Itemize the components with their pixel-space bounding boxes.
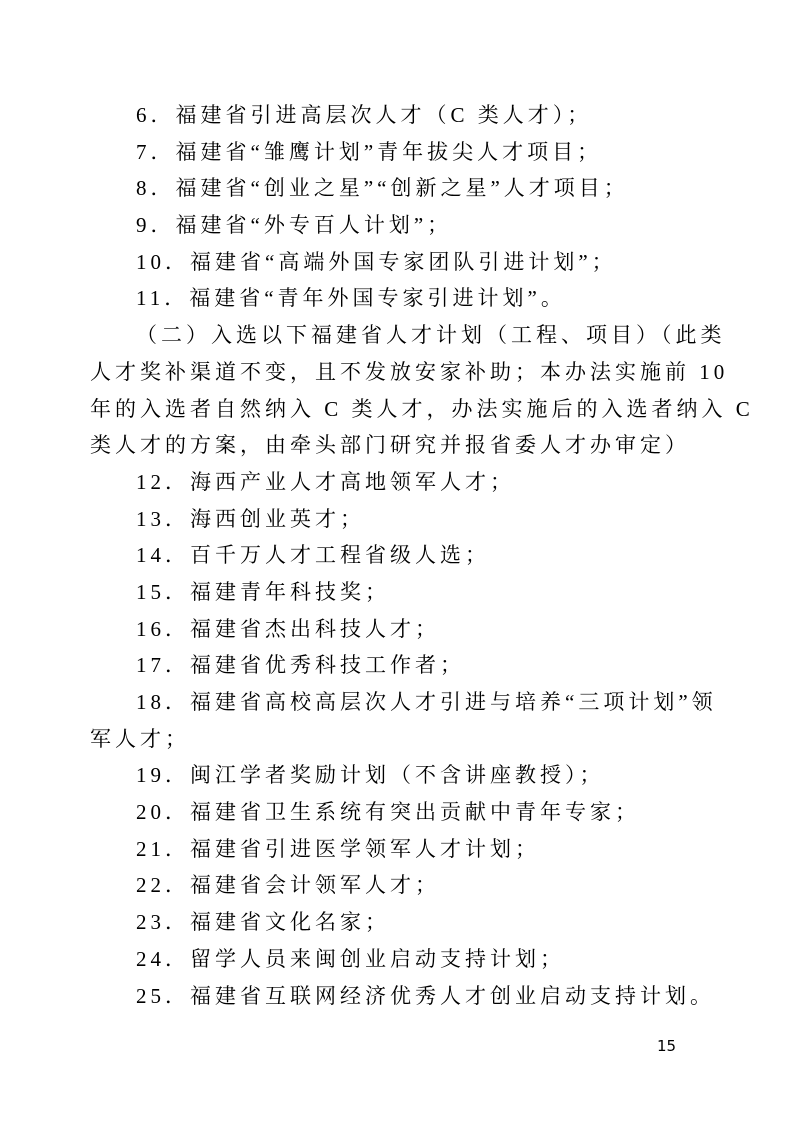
- list-item-18-line-2: 军人才；: [90, 721, 690, 758]
- list-item-7: 7．福建省“雏鹰计划”青年拔尖人才项目；: [90, 134, 690, 171]
- document-page: 6．福建省引进高层次人才（C 类人才）； 7．福建省“雏鹰计划”青年拔尖人才项目…: [0, 0, 793, 1122]
- list-item-13: 13．海西创业英才；: [90, 501, 690, 538]
- list-item-19: 19．闽江学者奖励计划（不含讲座教授）；: [90, 757, 690, 794]
- list-item-12: 12．海西产业人才高地领军人才；: [90, 464, 690, 501]
- list-item-6: 6．福建省引进高层次人才（C 类人才）；: [90, 97, 690, 134]
- list-item-24: 24．留学人员来闽创业启动支持计划；: [90, 941, 690, 978]
- list-item-14: 14．百千万人才工程省级人选；: [90, 537, 690, 574]
- list-item-23: 23．福建省文化名家；: [90, 904, 690, 941]
- list-item-11: 11．福建省“青年外国专家引进计划”。: [90, 280, 690, 317]
- list-item-25: 25．福建省互联网经济优秀人才创业启动支持计划。: [90, 978, 690, 1015]
- list-item-10: 10．福建省“高端外国专家团队引进计划”；: [90, 244, 690, 281]
- list-item-17: 17．福建省优秀科技工作者；: [90, 647, 690, 684]
- section-2-heading-line-3: 年的入选者自然纳入 C 类人才，办法实施后的入选者纳入 C: [90, 391, 690, 428]
- section-2-heading-line-2: 人才奖补渠道不变，且不发放安家补助；本办法实施前 10: [90, 354, 690, 391]
- list-item-8: 8．福建省“创业之星”“创新之星”人才项目；: [90, 170, 690, 207]
- page-number: 15: [657, 1037, 676, 1055]
- list-item-16: 16．福建省杰出科技人才；: [90, 611, 690, 648]
- list-item-9: 9．福建省“外专百人计划”；: [90, 207, 690, 244]
- section-2-heading-line-1: （二）入选以下福建省人才计划（工程、项目）（此类: [90, 317, 690, 354]
- section-2-heading-line-4: 类人才的方案，由牵头部门研究并报省委人才办审定）: [90, 427, 690, 464]
- list-item-18-line-1: 18．福建省高校高层次人才引进与培养“三项计划”领: [90, 684, 690, 721]
- list-item-21: 21．福建省引进医学领军人才计划；: [90, 831, 690, 868]
- list-item-22: 22．福建省会计领军人才；: [90, 867, 690, 904]
- list-item-15: 15．福建青年科技奖；: [90, 574, 690, 611]
- document-content: 6．福建省引进高层次人才（C 类人才）； 7．福建省“雏鹰计划”青年拔尖人才项目…: [90, 97, 690, 1014]
- list-item-20: 20．福建省卫生系统有突出贡献中青年专家；: [90, 794, 690, 831]
